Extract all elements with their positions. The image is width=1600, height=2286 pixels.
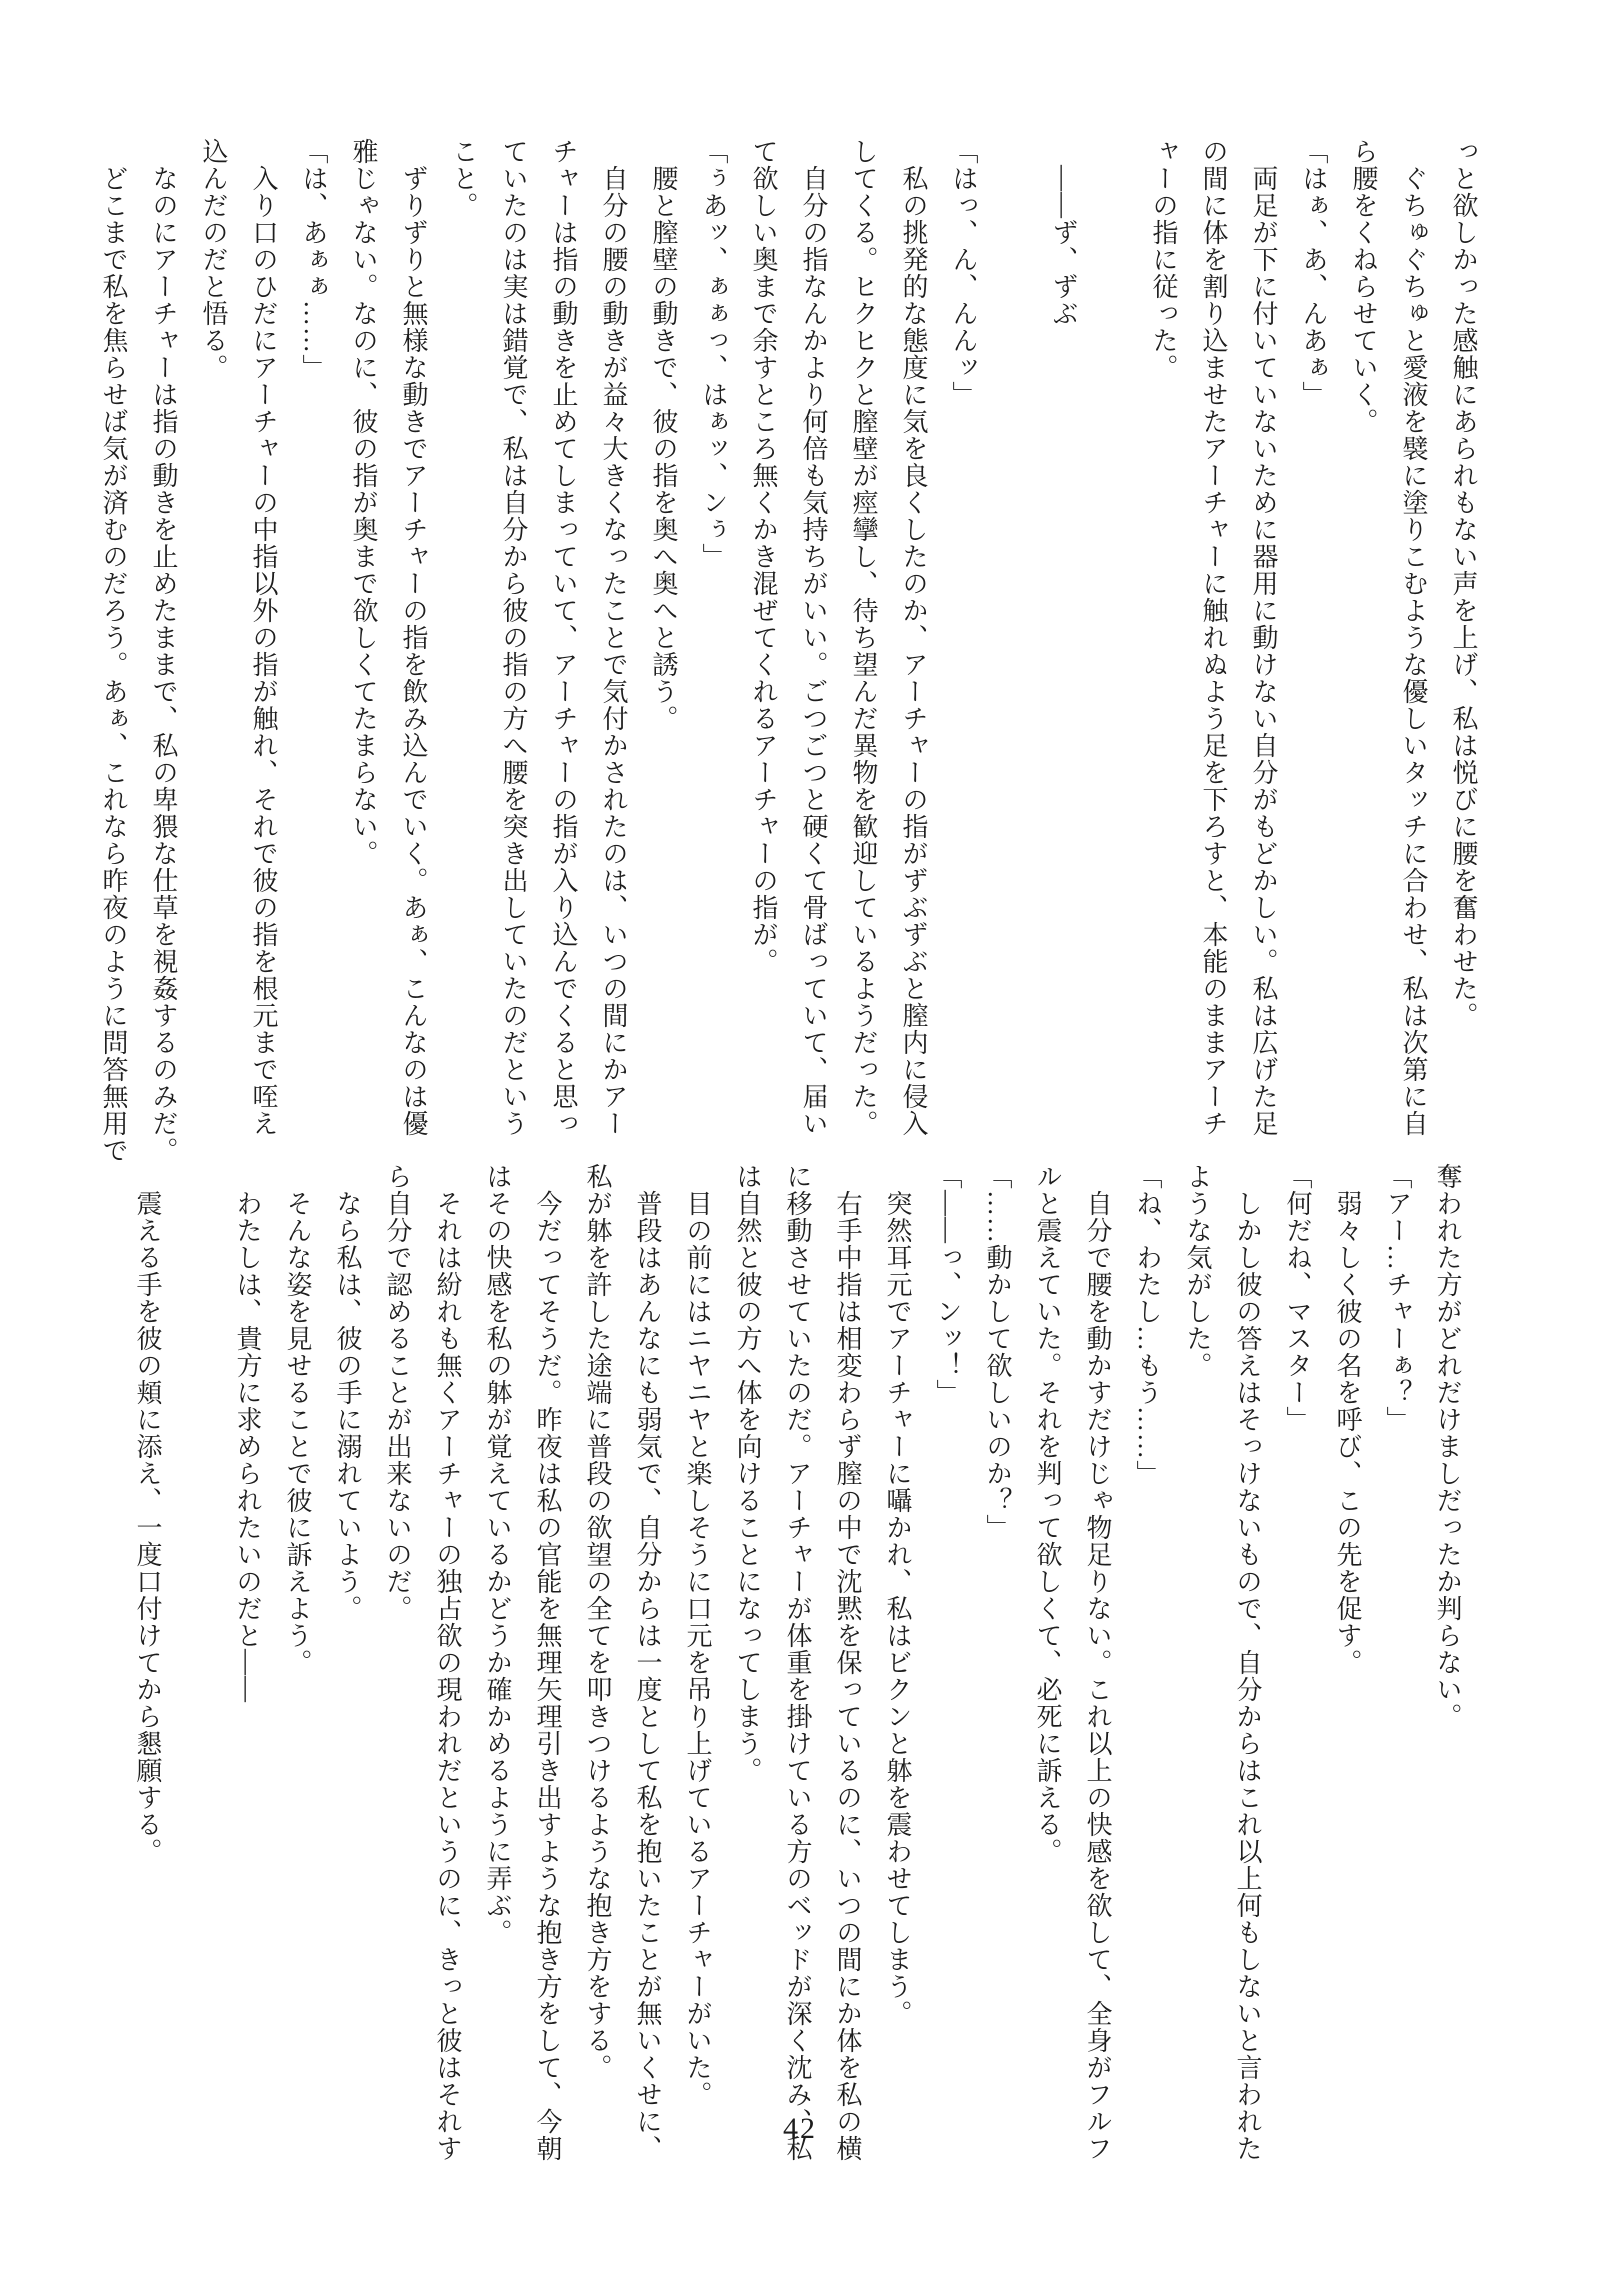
text-line: に移動させていたのだ。アーチャーが体重を掛けている方のベッドが深く沈み、私 [772, 1163, 822, 2208]
text-line: チャーは指の動きを止めてしまっていて、アーチャーの指が入り込んでくると思っ [538, 138, 588, 1183]
text-section-top: っと欲しかった感触にあられもない声を上げ、私は悦びに腰を奮わせた。 ぐちゅぐちゅ… [88, 138, 1488, 1183]
text-line: 雅じゃない。なのに、彼の指が奥まで欲しくてたまらない。 [338, 138, 388, 1183]
text-line: 震える手を彼の頬に添え、一度口付けてから懇願する。 [122, 1163, 172, 2208]
text-line: 右手中指は相変わらず膣の中で沈黙を保っているのに、いつの間にか体を私の横 [822, 1163, 872, 2208]
text-line: ような気がした。 [1172, 1163, 1222, 2208]
text-line: 今だってそうだ。昨夜は私の官能を無理矢理引き出すような抱き方をして、今朝 [522, 1163, 572, 2208]
text-line: 「アー…チャーぁ？」 [1372, 1163, 1422, 2208]
text-line: そんな姿を見せることで彼に訴えよう。 [272, 1163, 322, 2208]
text-line: 「ぅあッ、ぁぁっ、はぁッ、ンぅ」 [688, 138, 738, 1183]
text-line: 「……動かして欲しいのか？」 [972, 1163, 1022, 2208]
text-line: 「何だね、マスター」 [1272, 1163, 1322, 2208]
text-line: ャーの指に従った。 [1138, 138, 1188, 1183]
text-line: 私の挑発的な態度に気を良くしたのか、アーチャーの指がずぶずぶと膣内に侵入 [888, 138, 938, 1183]
text-line: 入り口のひだにアーチャーの中指以外の指が触れ、それで彼の指を根元まで咥え [238, 138, 288, 1183]
text-line: してくる。ヒクヒクと膣壁が痙攣し、待ち望んだ異物を歓迎しているようだった。 [838, 138, 888, 1183]
blank-line [1088, 138, 1138, 1183]
text-line: て欲しい奥まで余すところ無くかき混ぜてくれるアーチャーの指が。 [738, 138, 788, 1183]
text-line: ――ず、ずぶ [1038, 138, 1088, 1183]
text-line: ぐちゅぐちゅと愛液を襞に塗りこむような優しいタッチに合わせ、私は次第に自 [1388, 138, 1438, 1183]
text-line: は自然と彼の方へ体を向けることになってしまう。 [722, 1163, 772, 2208]
text-line: それは紛れも無くアーチャーの独占欲の現われだというのに、きっと彼はそれす [422, 1163, 472, 2208]
text-line: 両足が下に付いていないために器用に動けない自分がもどかしい。私は広げた足 [1238, 138, 1288, 1183]
blank-line [988, 138, 1038, 1183]
text-line: 腰と膣壁の動きで、彼の指を奥へ奥へと誘う。 [638, 138, 688, 1183]
text-line: なら私は、彼の手に溺れていよう。 [322, 1163, 372, 2208]
text-line: 弱々しく彼の名を呼び、この先を促す。 [1322, 1163, 1372, 2208]
text-line: 突然耳元でアーチャーに囁かれ、私はビクンと躰を震わせてしまう。 [872, 1163, 922, 2208]
text-line: ルと震えていた。それを判って欲しくて、必死に訴える。 [1022, 1163, 1072, 2208]
text-line: なのにアーチャーは指の動きを止めたままで、私の卑猥な仕草を視姦するのみだ。 [138, 138, 188, 1183]
text-line: ら自分で認めることが出来ないのだ。 [372, 1163, 422, 2208]
text-line: わたしは、貴方に求められたいのだと―― [222, 1163, 272, 2208]
manuscript-page: っと欲しかった感触にあられもない声を上げ、私は悦びに腰を奮わせた。 ぐちゅぐちゅ… [0, 0, 1600, 2286]
text-line: 「ね、わたし…もう……」 [1122, 1163, 1172, 2208]
text-line: 目の前にはニヤニヤと楽しそうに口元を吊り上げているアーチャーがいた。 [672, 1163, 722, 2208]
text-line: 「は、あぁぁ……」 [288, 138, 338, 1183]
text-line: しかし彼の答えはそっけないもので、自分からはこれ以上何もしないと言われた [1222, 1163, 1272, 2208]
text-line: こと。 [438, 138, 488, 1183]
text-line: ら腰をくねらせていく。 [1338, 138, 1388, 1183]
text-line: 自分の指なんかより何倍も気持ちがいい。ごつごつと硬くて骨ばっていて、届い [788, 138, 838, 1183]
blank-line [172, 1163, 222, 2208]
text-line: の間に体を割り込ませたアーチャーに触れぬよう足を下ろすと、本能のままアーチ [1188, 138, 1238, 1183]
text-line: 普段はあんなにも弱気で、自分からは一度として私を抱いたことが無いくせに、 [622, 1163, 672, 2208]
text-line: 奪われた方がどれだけましだったか判らない。 [1422, 1163, 1472, 2208]
text-line: ずりずりと無様な動きでアーチャーの指を飲み込んでいく。あぁ、こんなのは優 [388, 138, 438, 1183]
text-line: 込んだのだと悟る。 [188, 138, 238, 1183]
text-line: ていたのは実は錯覚で、私は自分から彼の指の方へ腰を突き出していたのだという [488, 138, 538, 1183]
text-line: 「はぁ、あ、んあぁ」 [1288, 138, 1338, 1183]
text-line: 「はっ、ん、んんッ」 [938, 138, 988, 1183]
text-line: っと欲しかった感触にあられもない声を上げ、私は悦びに腰を奮わせた。 [1438, 138, 1488, 1183]
text-line: 自分で腰を動かすだけじゃ物足りない。これ以上の快感を欲して、全身がフルフ [1072, 1163, 1122, 2208]
text-line: 「――っ、ンッ！」 [922, 1163, 972, 2208]
text-line: 自分の腰の動きが益々大きくなったことで気付かされたのは、いつの間にかアー [588, 138, 638, 1183]
text-line: どこまで私を焦らせば気が済むのだろう。あぁ、これなら昨夜のように問答無用で [88, 138, 138, 1183]
text-line: はその快感を私の躰が覚えているかどうか確かめるように弄ぶ。 [472, 1163, 522, 2208]
page-number: 42 [0, 2112, 1600, 2146]
text-line: 私が躰を許した途端に普段の欲望の全てを叩きつけるような抱き方をする。 [572, 1163, 622, 2208]
text-section-bottom: 奪われた方がどれだけましだったか判らない。「アー…チャーぁ？」 弱々しく彼の名を… [122, 1163, 1472, 2208]
